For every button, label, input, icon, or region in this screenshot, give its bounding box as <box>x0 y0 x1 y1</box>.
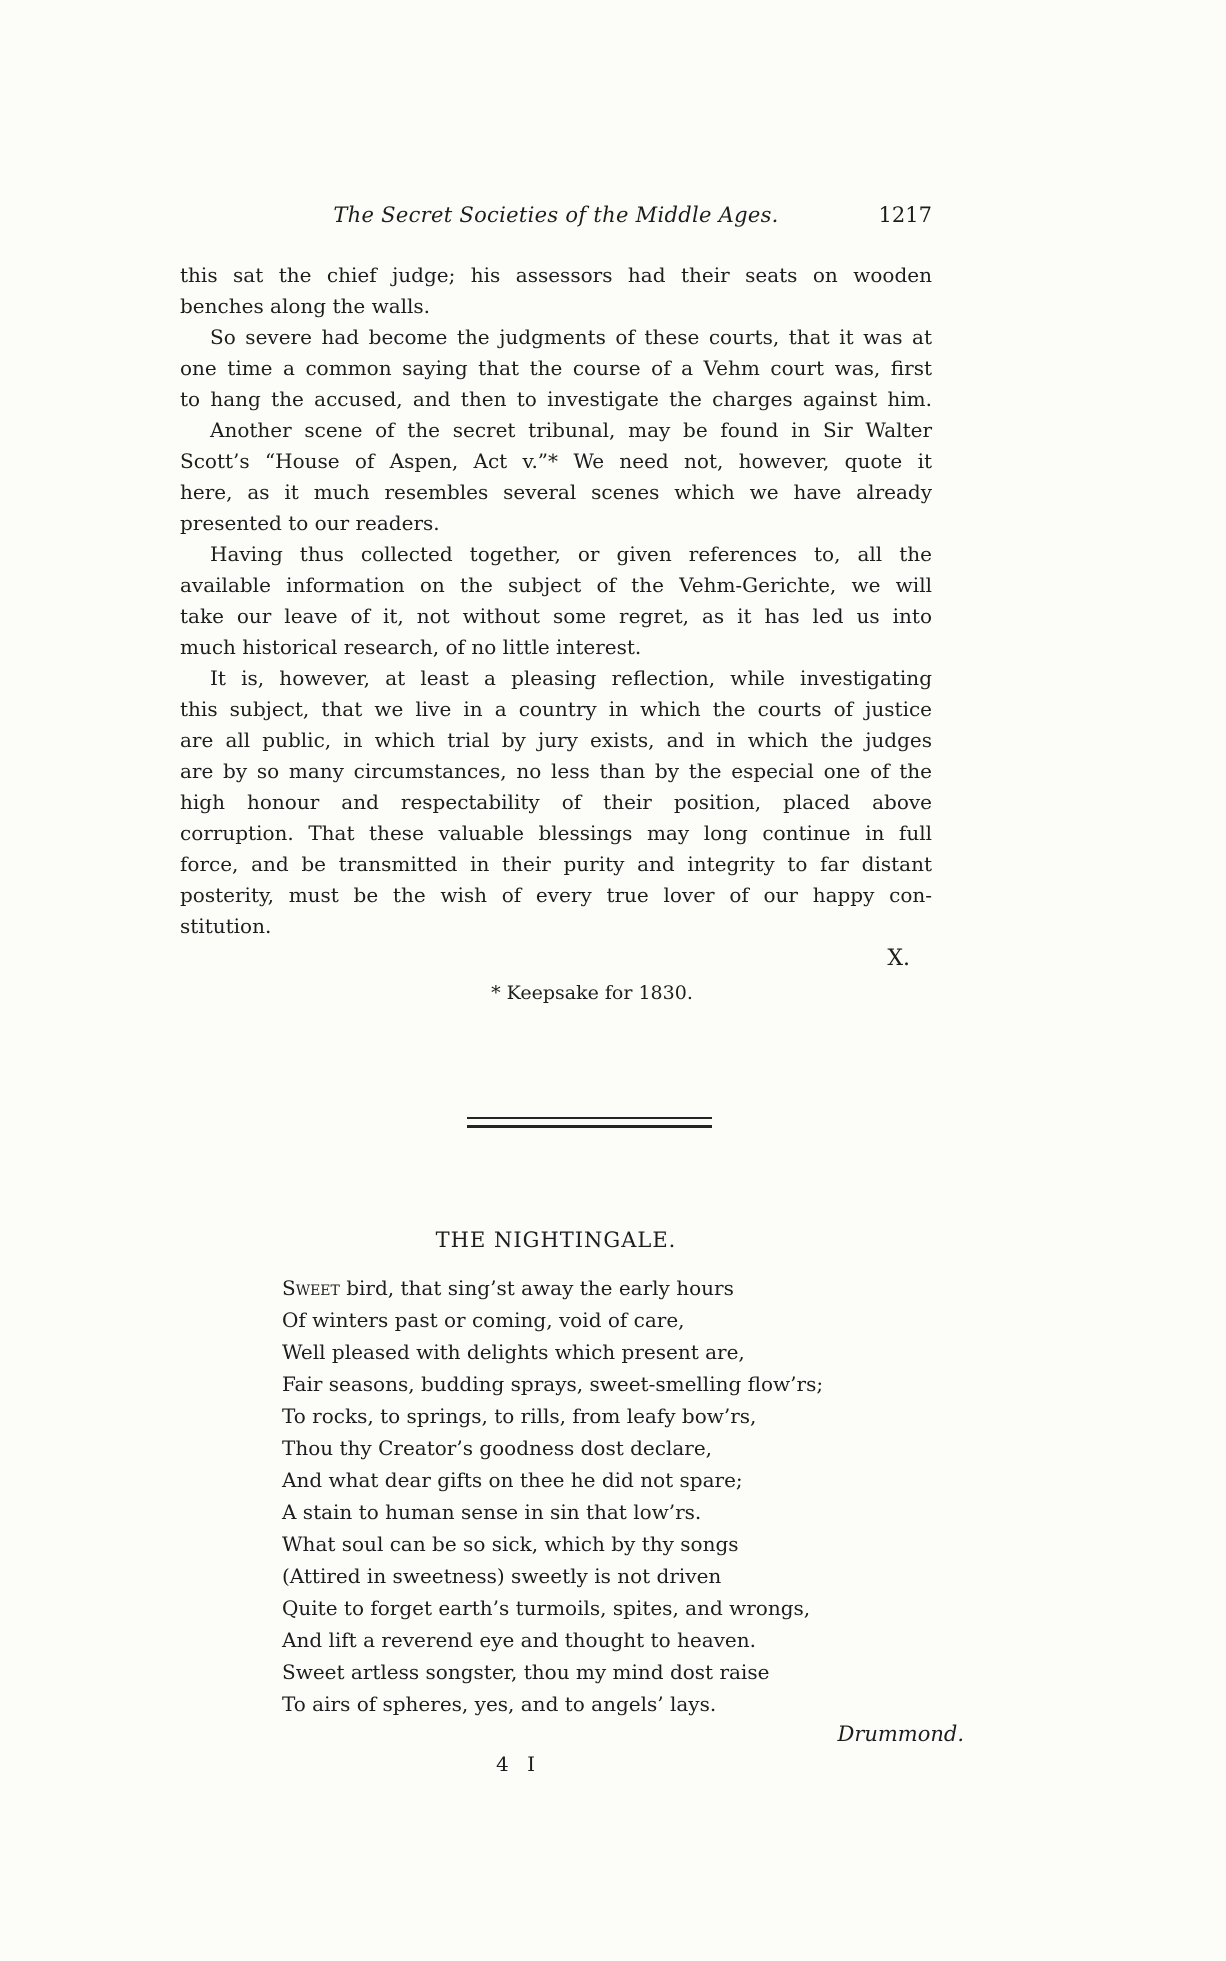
body-line: benches along the walls. <box>180 291 932 322</box>
poem-line: And what dear gifts on thee he did not s… <box>282 1464 942 1496</box>
author-signature: X. <box>180 946 932 971</box>
body-line: are by so many circumstances, no less th… <box>180 756 932 787</box>
poem-attribution: Drummond. <box>837 1722 964 1746</box>
poem-line: Thou thy Creator’s goodness dost declare… <box>282 1432 942 1464</box>
running-head-title: The Secret Societies of the Middle Ages. <box>180 203 932 227</box>
page-number: 1217 <box>879 203 932 227</box>
body-line: take our leave of it, not without some r… <box>180 601 932 632</box>
body-line: presented to our readers. <box>180 508 932 539</box>
body-line: posterity, must be the wish of every tru… <box>180 880 932 911</box>
body-line: force, and be transmitted in their purit… <box>180 849 932 880</box>
body-line: Scott’s “House of Aspen, Act v.”* We nee… <box>180 446 932 477</box>
body-line: corruption. That these valuable blessing… <box>180 818 932 849</box>
body-line: are all public, in which trial by jury e… <box>180 725 932 756</box>
poem-line: Well pleased with delights which present… <box>282 1336 942 1368</box>
body-paragraph: this sat the chief judge; his assessors … <box>180 260 932 322</box>
body-paragraph: So severe had become the judgments of th… <box>180 322 932 415</box>
body-line: here, as it much resembles several scene… <box>180 477 932 508</box>
body-line: this subject, that we live in a country … <box>180 694 932 725</box>
poem-opening-word: Sweet <box>282 1276 340 1300</box>
body-line: stitution. <box>180 911 932 942</box>
poem-line: Sweet artless songster, thou my mind dos… <box>282 1656 942 1688</box>
footnote: * Keepsake for 1830. <box>216 982 968 1004</box>
poem-body: Sweet bird, that sing’st away the early … <box>282 1272 942 1720</box>
article-body: this sat the chief judge; his assessors … <box>180 260 932 942</box>
printers-signature-mark: 4 I <box>496 1752 541 1776</box>
poem-line: To airs of spheres, yes, and to angels’ … <box>282 1688 942 1720</box>
body-line: much historical research, of no little i… <box>180 632 932 663</box>
section-divider-rule <box>467 1117 712 1128</box>
poem-line-text: bird, that sing’st away the early hours <box>346 1276 734 1300</box>
body-line: this sat the chief judge; his assessors … <box>180 260 932 291</box>
poem-line: To rocks, to springs, to rills, from lea… <box>282 1400 942 1432</box>
body-line: to hang the accused, and then to investi… <box>180 384 932 415</box>
body-line: It is, however, at least a pleasing refl… <box>180 663 932 694</box>
body-line: So severe had become the judgments of th… <box>180 322 932 353</box>
scanned-book-page: The Secret Societies of the Middle Ages.… <box>0 0 1226 1961</box>
poem-line: Sweet bird, that sing’st away the early … <box>282 1272 942 1304</box>
body-paragraph: It is, however, at least a pleasing refl… <box>180 663 932 942</box>
body-line: high honour and respectability of their … <box>180 787 932 818</box>
poem-line: And lift a reverend eye and thought to h… <box>282 1624 942 1656</box>
body-line: Having thus collected together, or given… <box>180 539 932 570</box>
body-paragraph: Having thus collected together, or given… <box>180 539 932 663</box>
running-head: The Secret Societies of the Middle Ages.… <box>180 203 932 227</box>
poem-line: Fair seasons, budding sprays, sweet-smel… <box>282 1368 942 1400</box>
poem-line: (Attired in sweetness) sweetly is not dr… <box>282 1560 942 1592</box>
body-line: one time a common saying that the course… <box>180 353 932 384</box>
poem-line: Of winters past or coming, void of care, <box>282 1304 942 1336</box>
poem-line: A stain to human sense in sin that low’r… <box>282 1496 942 1528</box>
poem-title: THE NIGHTINGALE. <box>180 1228 932 1252</box>
poem-line: What soul can be so sick, which by thy s… <box>282 1528 942 1560</box>
body-paragraph: Another scene of the secret tribunal, ma… <box>180 415 932 539</box>
poem-line: Quite to forget earth’s turmoils, spites… <box>282 1592 942 1624</box>
body-line: available information on the subject of … <box>180 570 932 601</box>
body-line: Another scene of the secret tribunal, ma… <box>180 415 932 446</box>
